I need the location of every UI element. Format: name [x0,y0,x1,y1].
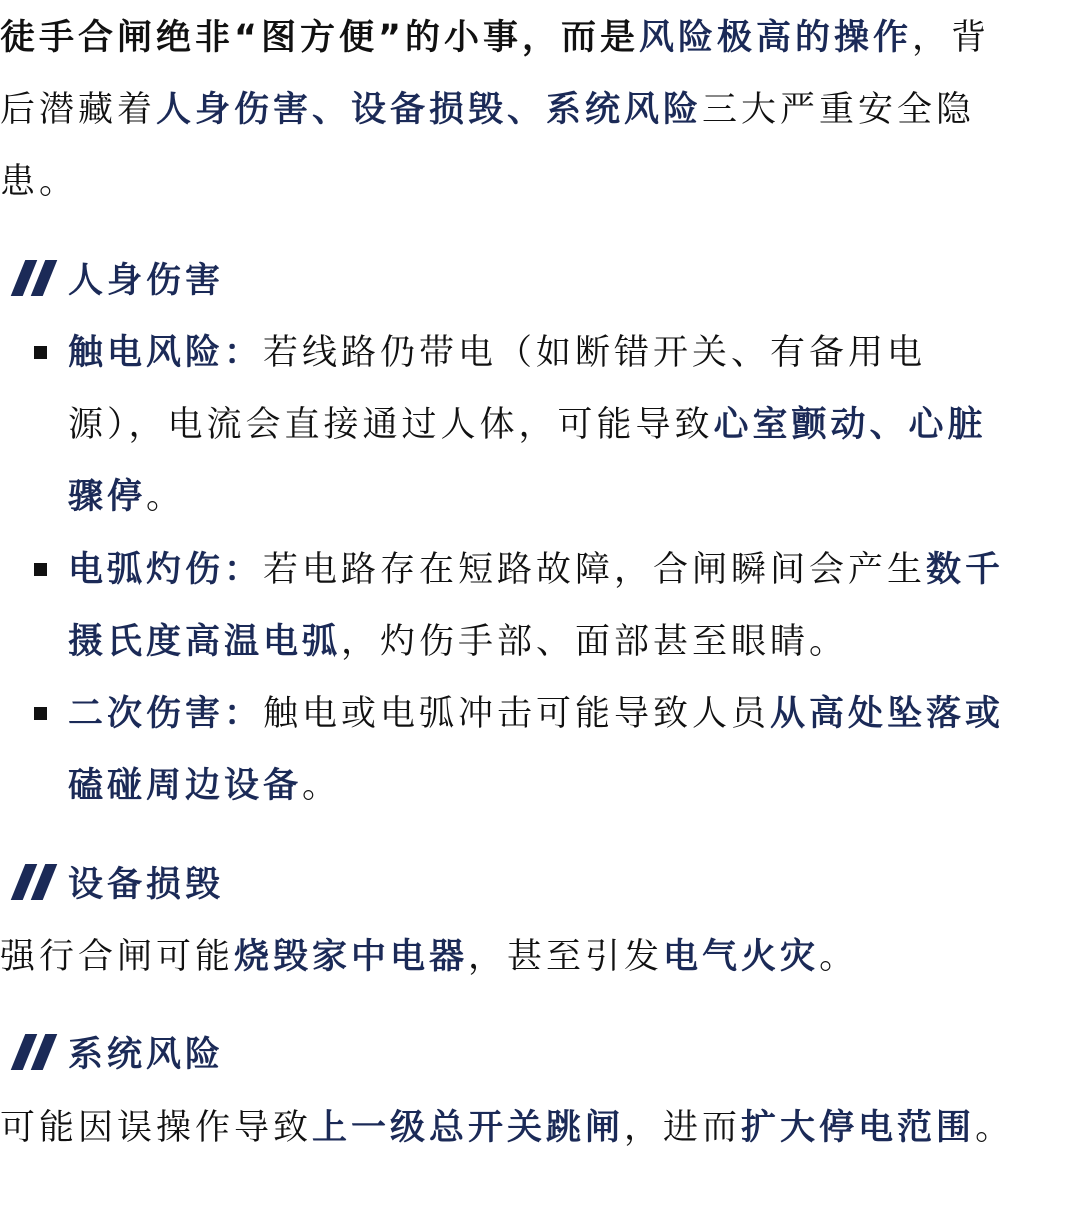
intro-line-1: 徒手合闸绝非“图方便”的小事，而是风险极高的操作，背 [0,2,1060,74]
list-item-emphasis: 心室颤动、心脏 [714,405,987,445]
body-text: ，进而 [624,1108,741,1148]
body-text: 。 [819,937,858,977]
intro-line-2: 后潜藏着人身伤害、设备损毁、系统风险三大严重安全隐 [0,74,1060,146]
list-item-emphasis: 数千 [926,550,1004,590]
list-item-line: 触电风险：若线路仍带电（如断错开关、有备用电 [68,317,1058,389]
list-item-emphasis: 磕碰周边设备 [68,766,302,806]
list-item-emphasis: 从高处坠落或 [770,694,1004,734]
intro-text: ，背 [912,18,990,58]
list-item-emphasis: 摄氏度高温电弧 [68,622,341,662]
section-title: 系统风险 [68,1027,224,1077]
section-heading-personal-injury: 人身伤害 [6,248,224,308]
intro-text: 患。 [0,162,78,202]
square-bullet-icon [34,346,47,359]
body-text: 可能因误操作导致 [0,1108,312,1148]
list-item-emphasis: 骤停 [68,477,146,517]
body-text: 强行合闸可能 [0,937,234,977]
list-item-text: 若电路存在短路故障，合闸瞬间会产生 [263,550,926,590]
list-item-label: 触电风险： [68,333,263,373]
double-slash-icon [6,258,54,298]
body-text: 。 [975,1108,1014,1148]
body-emphasis: 电气火灾 [663,937,819,977]
list-item-label: 二次伤害： [68,694,263,734]
intro-text: 后潜藏着 [0,90,156,130]
list-item-text: 。 [146,477,185,517]
body-emphasis: 上一级总开关跳闸 [312,1108,624,1148]
section-heading-system-risk: 系统风险 [6,1022,224,1082]
double-slash-icon [6,1032,54,1072]
intro-emphasis: 风险极高的操作 [639,18,912,58]
list-item-line: 磕碰周边设备。 [68,750,1058,822]
list-item-text: 。 [302,766,341,806]
section-heading-equipment-damage: 设备损毁 [6,852,224,912]
intro-emphasis: 人身伤害、设备损毁、系统风险 [156,90,702,130]
body-emphasis: 扩大停电范围 [741,1108,975,1148]
intro-text: 三大严重安全隐 [702,90,975,130]
body-emphasis: 烧毁家中电器 [234,937,468,977]
list-item-text: ，灼伤手部、面部甚至眼睛。 [341,622,848,662]
intro-line-3: 患。 [0,146,1060,218]
list-item-line: 骤停。 [68,461,1058,533]
list-item-line: 源），电流会直接通过人体，可能导致心室颤动、心脏 [68,389,1058,461]
section-title: 设备损毁 [68,857,224,907]
double-slash-icon [6,862,54,902]
section-title: 人身伤害 [68,253,224,303]
list-item-line: 摄氏度高温电弧，灼伤手部、面部甚至眼睛。 [68,606,1058,678]
section-body: 强行合闸可能烧毁家中电器，甚至引发电气火灾。 [0,921,1060,993]
intro-text: 徒手合闸绝非“图方便”的小事，而是 [0,18,639,58]
list-item-label: 电弧灼伤： [68,550,263,590]
list-item-text: 源），电流会直接通过人体，可能导致 [68,405,714,445]
square-bullet-icon [34,563,47,576]
list-item-line: 电弧灼伤：若电路存在短路故障，合闸瞬间会产生数千 [68,534,1058,606]
section-body: 可能因误操作导致上一级总开关跳闸，进而扩大停电范围。 [0,1092,1060,1164]
list-item-text: 若线路仍带电（如断错开关、有备用电 [263,333,926,373]
body-text: ，甚至引发 [468,937,663,977]
list-item-line: 二次伤害：触电或电弧冲击可能导致人员从高处坠落或 [68,678,1058,750]
list-item-text: 触电或电弧冲击可能导致人员 [263,694,770,734]
square-bullet-icon [34,707,47,720]
